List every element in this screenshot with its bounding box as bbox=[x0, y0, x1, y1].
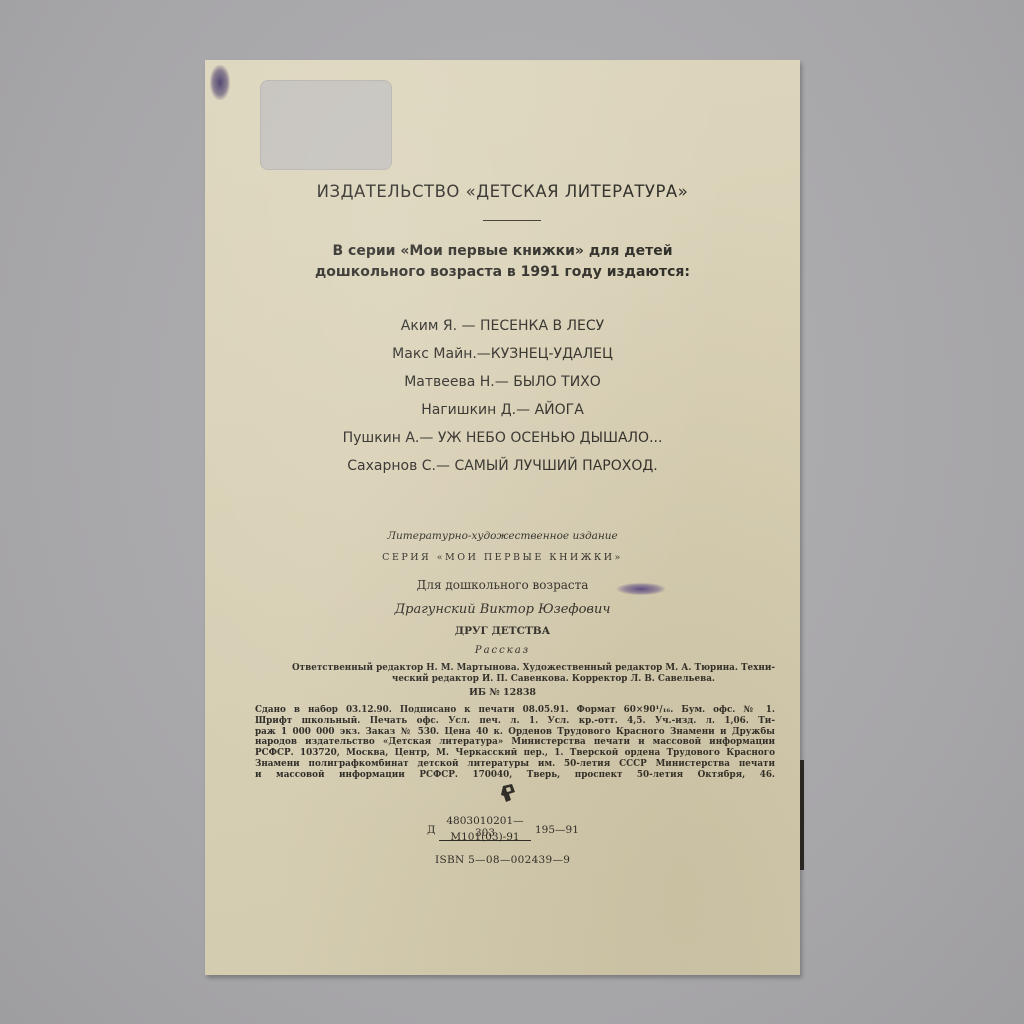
editorial-credits: Ответственный редактор Н. М. Мартынова. … bbox=[255, 663, 775, 685]
ink-stain bbox=[210, 65, 230, 100]
credits-line: Ответственный редактор Н. М. Мартынова. … bbox=[255, 663, 775, 674]
genre: Рассказ bbox=[205, 645, 800, 656]
print-details-line: РСФСР. 103720, Москва, Центр, М. Черкасс… bbox=[255, 748, 775, 759]
edition-type: Литературно-художественное издание bbox=[205, 530, 800, 542]
spine-edge bbox=[800, 760, 804, 870]
catalog-prefix: Д bbox=[427, 824, 436, 836]
credits-line: ческий редактор И. П. Савенкова. Коррект… bbox=[255, 674, 775, 685]
print-details: Сдано в набор 03.12.90. Подписано к печа… bbox=[255, 705, 775, 781]
book-list-item: Матвеева Н.— БЫЛО ТИХО bbox=[205, 368, 800, 396]
book-list-item: Сахарнов С.— САМЫЙ ЛУЧШИЙ ПАРОХОД. bbox=[205, 452, 800, 480]
book-list-item: Макс Майн.—КУЗНЕЦ-УДАЛЕЦ bbox=[205, 340, 800, 368]
book-back-cover: ИЗДАТЕЛЬСТВО «ДЕТСКАЯ ЛИТЕРАТУРА» В сери… bbox=[205, 60, 800, 975]
isbn: ISBN 5—08—002439—9 bbox=[435, 854, 570, 866]
book-list-item: Нагишкин Д.— АЙОГА bbox=[205, 396, 800, 424]
publisher-logo-icon bbox=[497, 782, 519, 804]
ink-smudge bbox=[617, 583, 665, 595]
age-group: Для дошкольного возраста bbox=[205, 578, 800, 592]
series-intro-line: дошкольного возраста в 1991 году издаютс… bbox=[205, 262, 800, 283]
publisher-heading: ИЗДАТЕЛЬСТВО «ДЕТСКАЯ ЛИТЕРАТУРА» bbox=[205, 182, 800, 201]
catalog-denominator: М101(03)-91 bbox=[439, 831, 531, 843]
divider-rule bbox=[483, 220, 541, 221]
catalog-suffix: 195—91 bbox=[535, 824, 579, 836]
book-list-item: Пушкин А.— УЖ НЕБО ОСЕНЬЮ ДЫШАЛО... bbox=[205, 424, 800, 452]
print-details-line: Сдано в набор 03.12.90. Подписано к печа… bbox=[255, 705, 775, 716]
print-details-line: и массовой информации РСФСР. 170040, Тве… bbox=[255, 770, 775, 781]
print-details-line: раж 1 000 000 экз. Заказ № 530. Цена 40 … bbox=[255, 727, 775, 738]
series-intro: В серии «Мои первые книжки» для детей до… bbox=[205, 241, 800, 283]
print-details-line: народов издательство «Детская литература… bbox=[255, 737, 775, 748]
ib-number: ИБ № 12838 bbox=[205, 687, 800, 698]
print-details-line: Шрифт школьный. Печать офс. Усл. печ. л.… bbox=[255, 716, 775, 727]
author-name: Драгунский Виктор Юзефович bbox=[205, 602, 800, 617]
book-list: Аким Я. — ПЕСЕНКА В ЛЕСУ Макс Майн.—КУЗН… bbox=[205, 312, 800, 480]
print-details-line: Знамени полиграфкомбинат детской литерат… bbox=[255, 759, 775, 770]
book-list-item: Аким Я. — ПЕСЕНКА В ЛЕСУ bbox=[205, 312, 800, 340]
series-intro-line: В серии «Мои первые книжки» для детей bbox=[205, 241, 800, 262]
series-name: СЕРИЯ «МОИ ПЕРВЫЕ КНИЖКИ» bbox=[205, 552, 800, 563]
book-title: ДРУГ ДЕТСТВА bbox=[205, 625, 800, 637]
price-sticker bbox=[260, 80, 392, 170]
